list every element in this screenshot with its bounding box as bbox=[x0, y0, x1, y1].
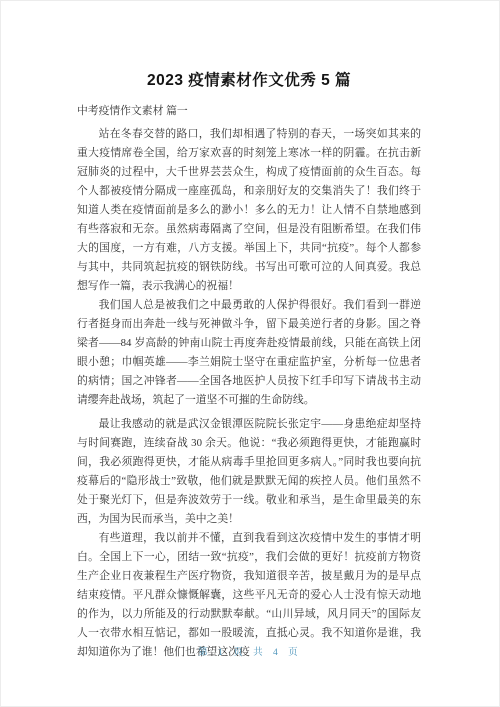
essay-paragraph: 有些道理，我以前并不懂，直到我看到这次疫情中发生的事情才明白。全国上下一心，团结… bbox=[77, 529, 421, 662]
document-title: 2023 疫情素材作文优秀 5 篇 bbox=[77, 70, 421, 92]
essay-paragraph: 我们国人总是被我们之中最勇敢的人保护得很好。我们看到一群逆行者挺身而出奔赴一线与… bbox=[77, 296, 421, 410]
document-page: 2023 疫情素材作文优秀 5 篇 中考疫情作文素材 篇一 站在冬春交替的路口，… bbox=[0, 0, 500, 707]
page-footer: 第 1 页 共 4 页 bbox=[1, 644, 499, 658]
essay-paragraph: 站在冬春交替的路口，我们却相遇了特别的春天，一场突如其来的重大疫情席卷全国，给万… bbox=[77, 125, 421, 296]
essay-paragraph: 最让我感动的就是武汉金银潭医院院长张定宇——身患绝症却坚持与时间赛跑，连续奋战 … bbox=[77, 415, 421, 529]
document-body: 站在冬春交替的路口，我们却相遇了特别的春天，一场突如其来的重大疫情席卷全国，给万… bbox=[77, 125, 421, 662]
section-heading: 中考疫情作文素材 篇一 bbox=[77, 104, 421, 119]
